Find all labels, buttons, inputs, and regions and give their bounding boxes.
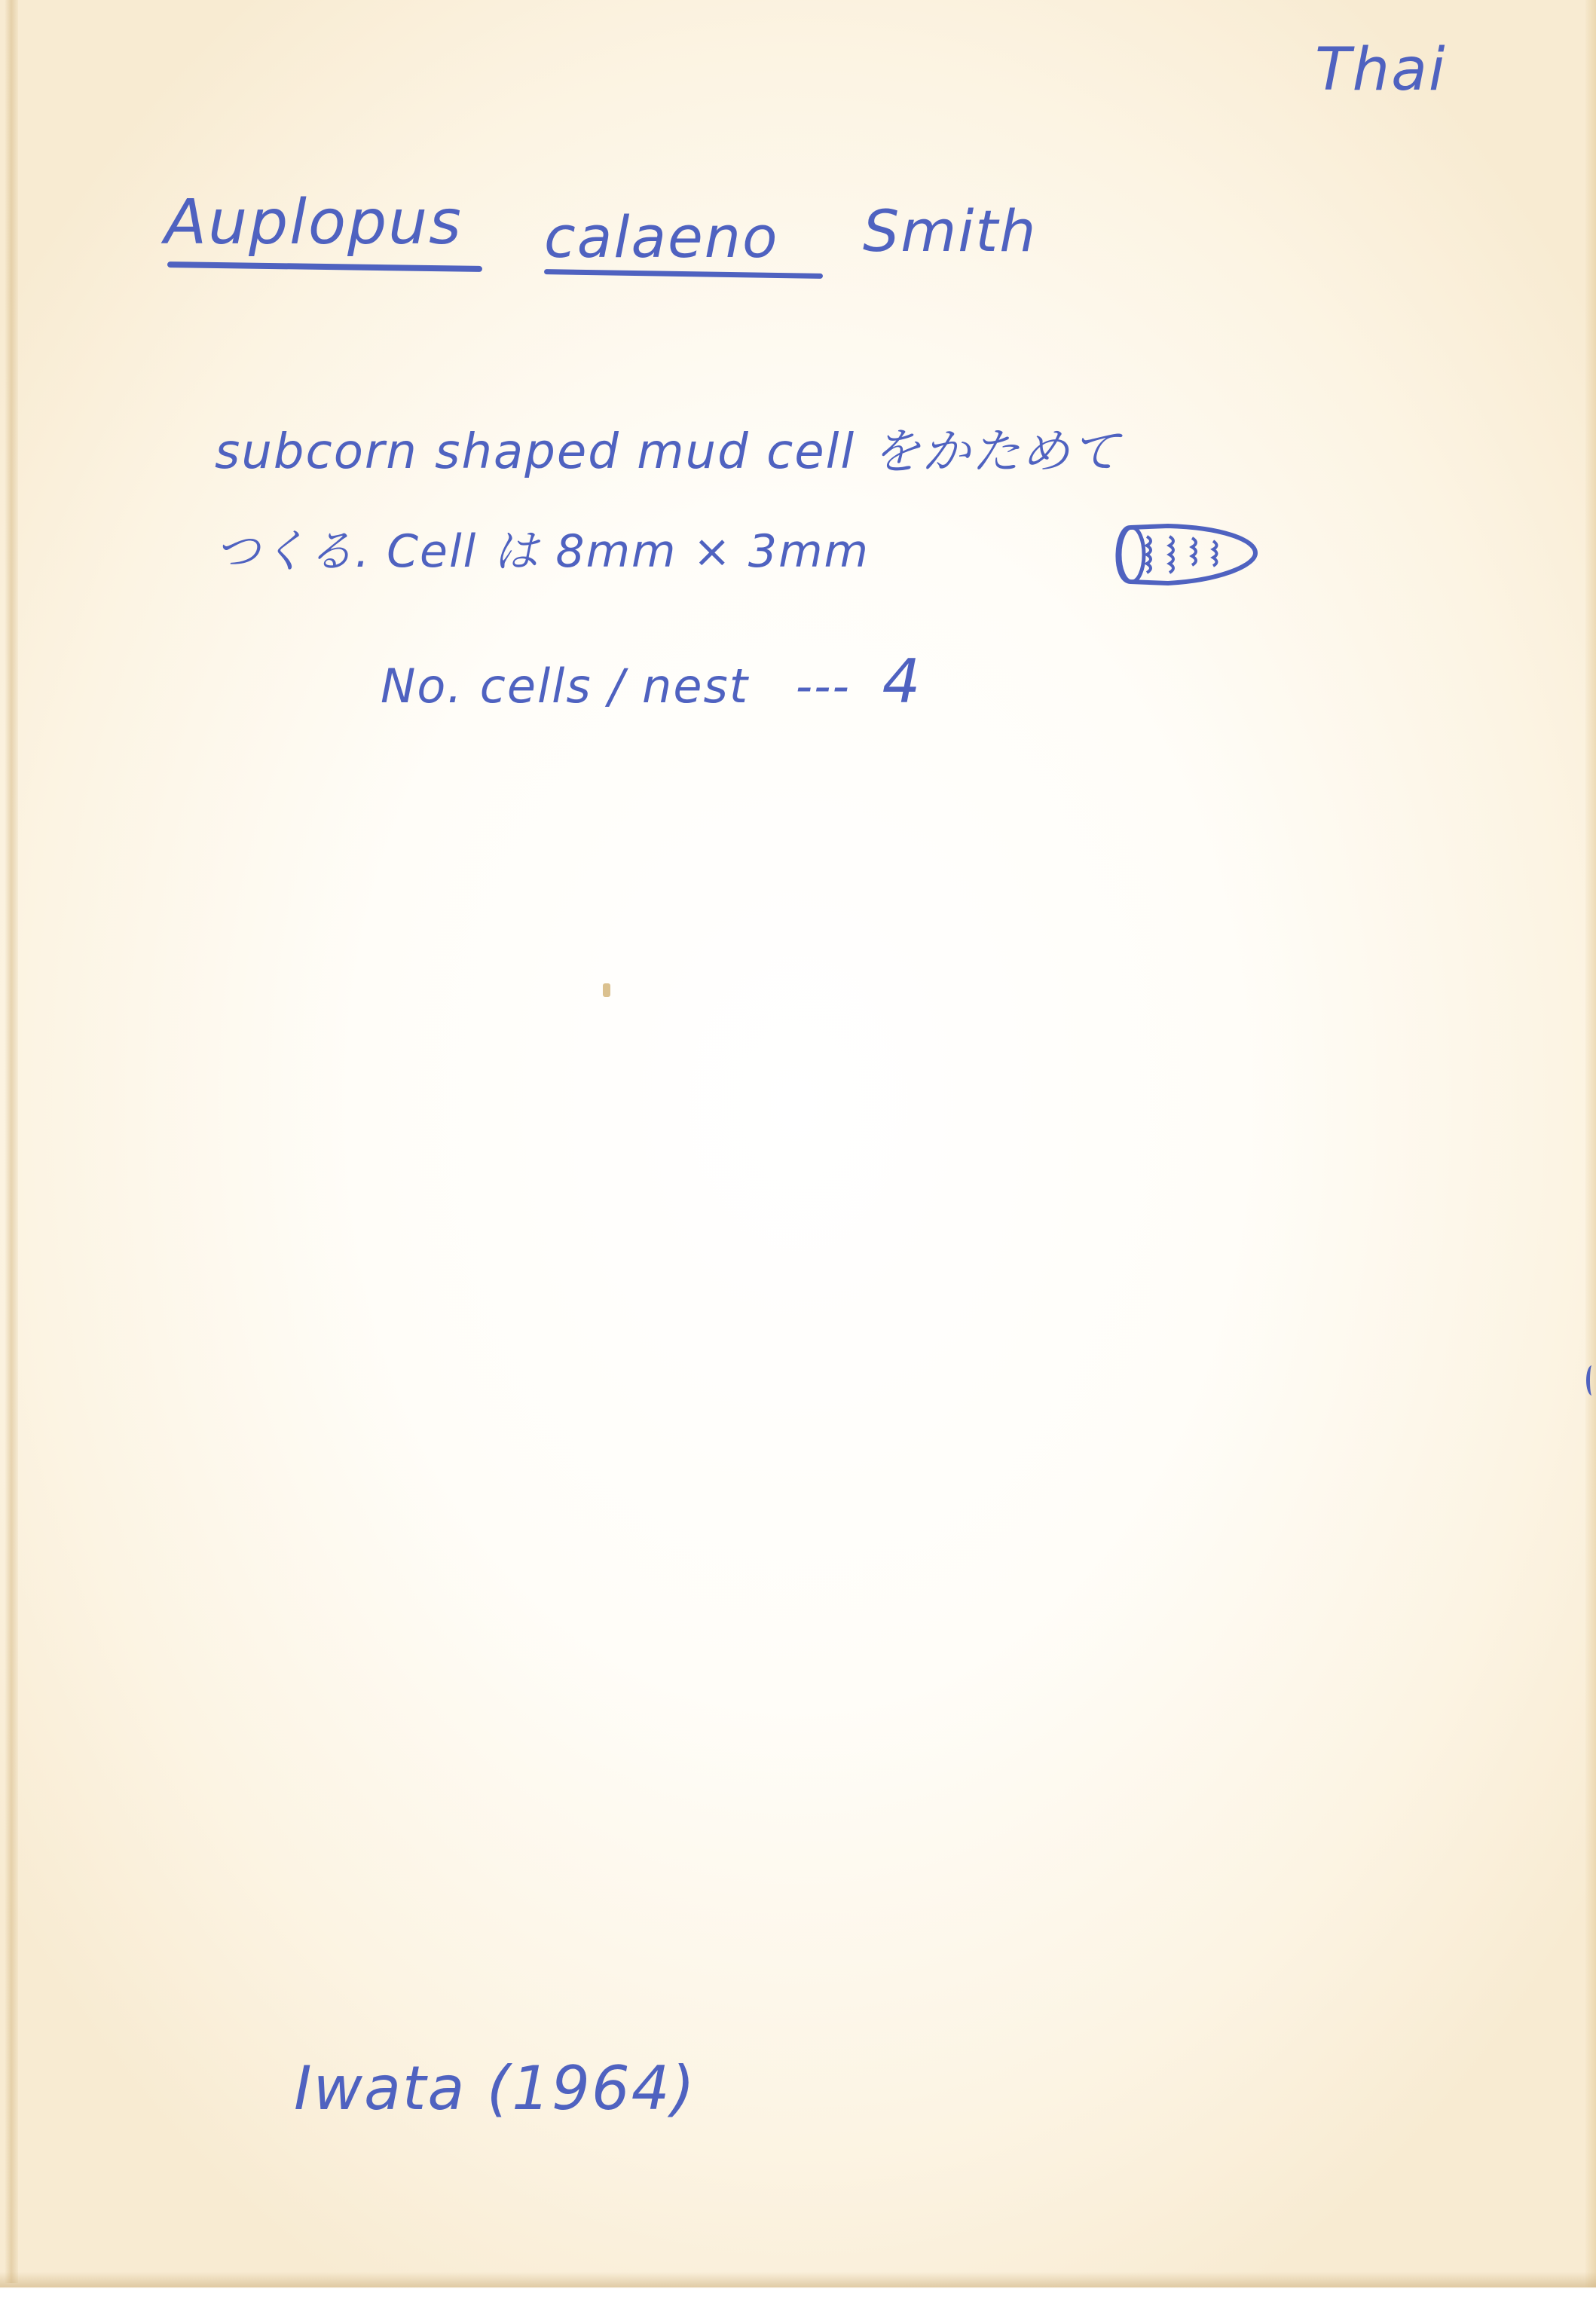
edge-ink-mark [1586, 1365, 1596, 1396]
cells-per-nest-value: 4 [882, 647, 922, 717]
species-name: calaeno [544, 203, 778, 271]
card-left-edge-stain [5, 0, 18, 2283]
cells-per-nest-line: No. cells / nest --- 4 [381, 647, 922, 717]
index-card: Thai Auplopus calaeno Smith subcorn shap… [0, 0, 1596, 2299]
citation: Iwata (1964) [294, 2053, 696, 2123]
cells-per-nest-label: No. cells / nest [381, 659, 749, 714]
stain-spot [603, 983, 610, 997]
description-line-2: つくる. Cell は 8mm × 3mm [215, 515, 870, 580]
country-label: Thai [1315, 36, 1447, 104]
genus-underline [167, 261, 482, 272]
cells-per-nest-separator: --- [796, 659, 851, 714]
genus-name: Auplopus [164, 187, 463, 258]
card-bottom-edge-stain [0, 2272, 1596, 2299]
cell-sketch-icon [1108, 520, 1258, 588]
card-right-edge-stain [1585, 0, 1596, 2299]
species-underline [544, 269, 823, 279]
species-author: Smith [863, 197, 1037, 264]
description-line-1: subcorn shaped mud cell をかためて [215, 413, 1121, 482]
